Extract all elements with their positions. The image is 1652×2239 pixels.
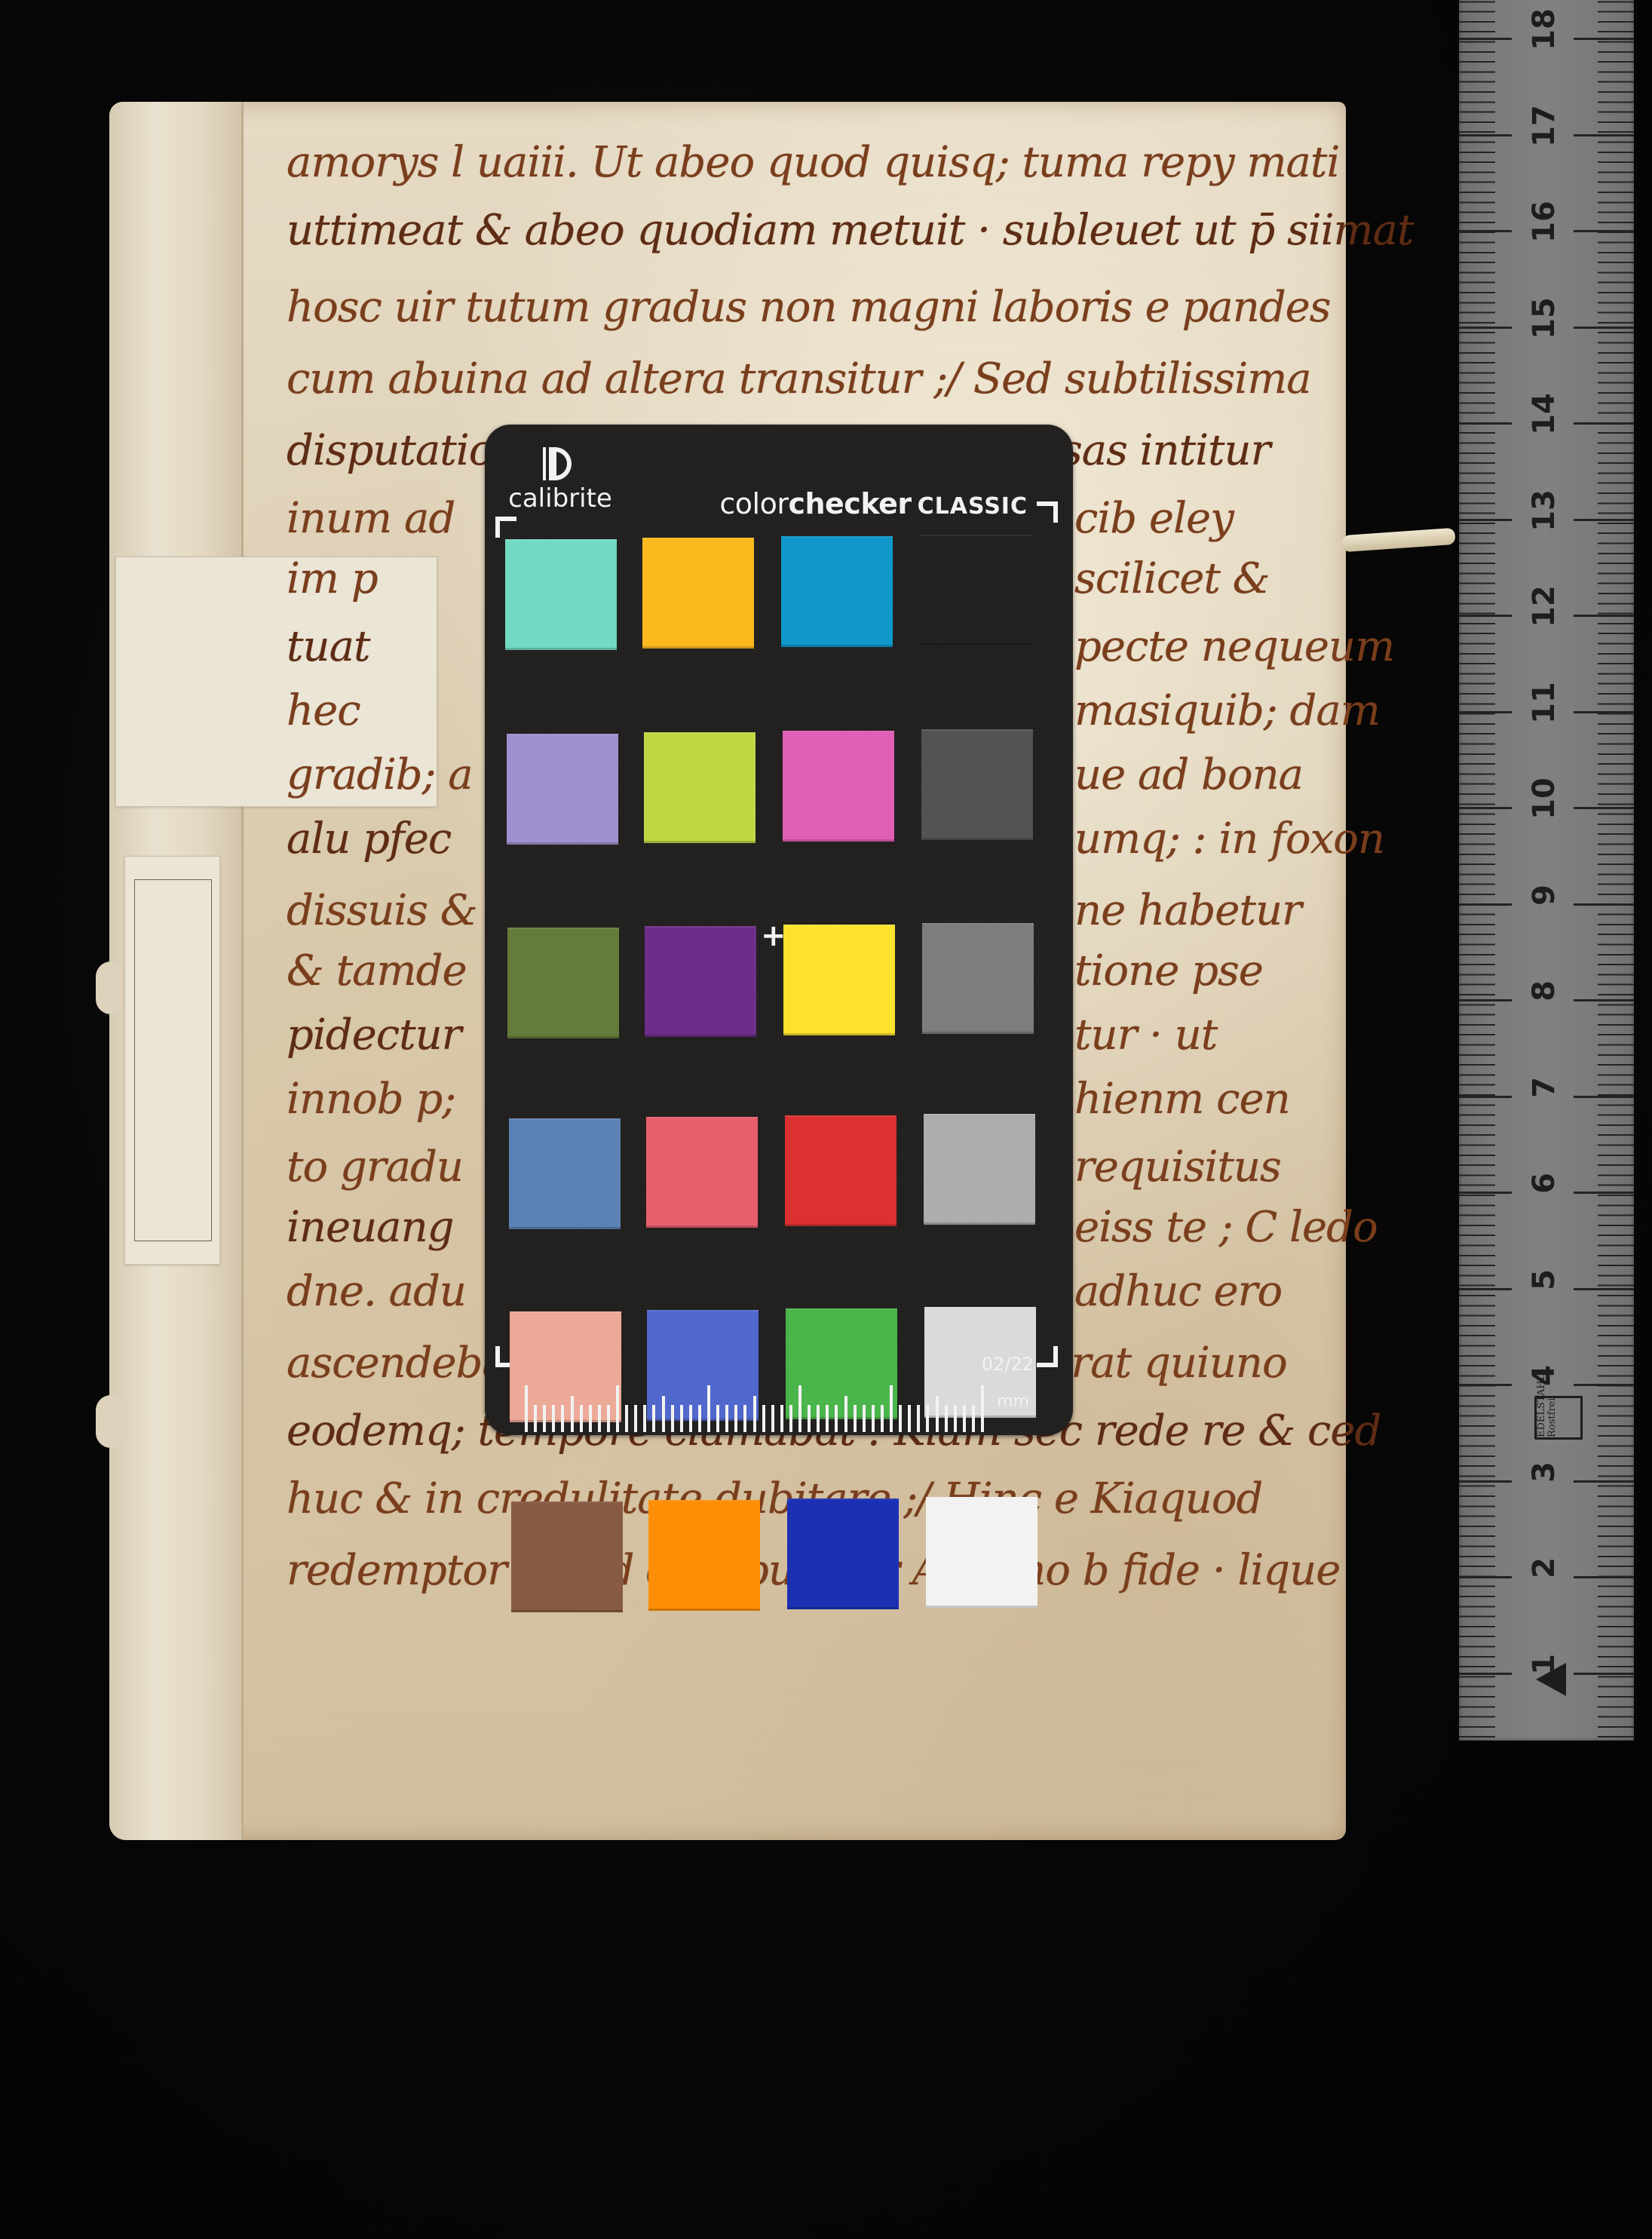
mm-tick	[671, 1405, 674, 1432]
ruler-label-3: 3	[1527, 1446, 1562, 1498]
ruler-cm-tick	[1574, 519, 1634, 521]
registration-corner-icon	[495, 517, 516, 538]
mm-tick	[917, 1405, 920, 1432]
mm-tick	[963, 1405, 966, 1432]
mm-tick	[981, 1385, 984, 1432]
mm-tick	[571, 1396, 574, 1432]
mm-tick	[689, 1405, 692, 1432]
manuscript-line: huc & in credulitate dubitare ;/ Hinc e …	[287, 1474, 1262, 1523]
ruler-cm-tick	[1574, 1384, 1634, 1386]
mm-tick	[534, 1405, 537, 1432]
color-checker-card: calibrite colorcheckerCLASSIC + 02/22 mm	[485, 425, 1073, 1435]
ruler-cm-tick	[1574, 1673, 1634, 1675]
ruler-label-15: 15	[1527, 292, 1562, 345]
mm-tick	[734, 1405, 737, 1432]
color-patch-foliage	[507, 928, 619, 1038]
manuscript-line-fragment: umq; : in foxon	[1074, 814, 1384, 863]
ruler-label-8: 8	[1527, 965, 1562, 1017]
calibrite-logo-icon	[549, 447, 572, 480]
crosshair-icon: +	[761, 921, 786, 951]
color-patch-dark-skin	[511, 1501, 623, 1612]
manuscript-line-fragment: tione pse	[1074, 946, 1263, 995]
color-patch-purplish-blue	[787, 1498, 899, 1609]
ruler-cm-tick	[1574, 38, 1634, 40]
manuscript-line: hosc uir tutum gradus non magni laboris …	[287, 283, 1331, 332]
ruler-label-5: 5	[1527, 1253, 1562, 1306]
mm-tick	[926, 1405, 929, 1432]
product-suffix: CLASSIC	[918, 493, 1028, 520]
ruler-cm-tick	[1459, 1288, 1512, 1290]
mm-tick	[580, 1405, 583, 1432]
manuscript-line: ineuang	[287, 1203, 453, 1252]
ruler-cm-tick	[1459, 903, 1512, 906]
label-border	[134, 879, 212, 1241]
color-patch-orange	[648, 1500, 760, 1611]
mm-tick	[780, 1405, 783, 1432]
color-patch-moderate-red	[646, 1117, 758, 1228]
mm-tick	[835, 1405, 838, 1432]
mbr-logo-icon	[1536, 1663, 1566, 1696]
ruler-label-12: 12	[1527, 580, 1562, 633]
ruler-cm-tick	[1459, 615, 1512, 617]
ruler-cm-tick	[1574, 327, 1634, 329]
mm-tick	[771, 1405, 774, 1432]
scale-unit-label: mm	[997, 1392, 1029, 1411]
color-patch-red	[785, 1115, 896, 1226]
ruler-label-7: 7	[1527, 1061, 1562, 1114]
manuscript-line-fragment: eiss te ; C ledo	[1074, 1203, 1378, 1252]
ruler-cm-tick	[1574, 134, 1634, 136]
mm-tick	[826, 1405, 829, 1432]
ruler-cm-tick	[1459, 807, 1512, 809]
color-patch-cyan	[781, 536, 893, 647]
ruler-cm-tick	[1459, 327, 1512, 329]
mm-tick	[652, 1405, 655, 1432]
color-patch-blue-flower	[507, 734, 618, 845]
spine-paper-label-lower	[124, 856, 220, 1265]
ruler-cm-tick	[1459, 711, 1512, 713]
mm-tick	[881, 1405, 884, 1432]
mm-tick	[680, 1405, 683, 1432]
mm-tick	[954, 1405, 957, 1432]
brand-name: calibrite	[508, 483, 612, 514]
ruler-cm-tick	[1574, 999, 1634, 1001]
registration-corner-icon	[1037, 1346, 1058, 1367]
ruler-cm-tick	[1459, 999, 1512, 1001]
manuscript-line-fragment: adhuc ero	[1074, 1267, 1282, 1316]
mm-tick	[662, 1396, 665, 1432]
mm-tick	[525, 1385, 528, 1432]
ruler-cm-tick	[1459, 519, 1512, 521]
mm-tick	[698, 1405, 701, 1432]
ruler-cm-tick	[1574, 1480, 1634, 1483]
mm-tick	[716, 1405, 719, 1432]
mm-tick	[872, 1405, 875, 1432]
ruler-cm-tick	[1574, 711, 1634, 713]
manuscript-line: dne. adu	[287, 1267, 466, 1316]
steel-ruler: 12345678910111213141516171819 EDELSTAHL …	[1459, 0, 1634, 1741]
product-name-light: color	[719, 487, 788, 520]
date-code: 02/22	[982, 1354, 1034, 1375]
mm-tick	[798, 1385, 801, 1432]
color-patch-magenta	[783, 731, 894, 842]
manuscript-line-fragment: masiquib; dam	[1074, 686, 1380, 735]
mm-tick	[543, 1405, 546, 1432]
ruler-label-11: 11	[1527, 676, 1562, 729]
ruler-label-9: 9	[1527, 869, 1562, 922]
manuscript-line-fragment: hienm cen	[1074, 1075, 1290, 1124]
manuscript-line: innob p;	[287, 1075, 455, 1124]
color-patch-neutral-3.5	[921, 729, 1033, 840]
spine-band	[96, 1395, 126, 1448]
manuscript-line: tuat	[287, 622, 369, 671]
mm-tick	[598, 1405, 601, 1432]
ruler-label-14: 14	[1527, 388, 1562, 440]
mm-tick	[817, 1405, 820, 1432]
ruler-label-10: 10	[1527, 772, 1562, 825]
ruler-label-18: 18	[1527, 3, 1562, 56]
manuscript-line: cum abuina ad altera transitur ;/ Sed su…	[287, 354, 1311, 403]
ruler-label-16: 16	[1527, 195, 1562, 248]
registration-corner-icon	[1037, 501, 1058, 523]
color-patch-neutral-5	[922, 923, 1034, 1034]
product-name-bold: checker	[788, 487, 911, 520]
mm-tick	[762, 1405, 765, 1432]
mm-tick	[808, 1405, 811, 1432]
mm-tick	[789, 1405, 792, 1432]
ruler-cm-tick	[1459, 1673, 1512, 1675]
mm-tick	[589, 1405, 592, 1432]
ruler-label-2: 2	[1527, 1541, 1562, 1594]
ruler-label-13: 13	[1527, 484, 1562, 537]
manuscript-line: gradib; a	[287, 750, 473, 799]
ruler-cm-tick	[1574, 615, 1634, 617]
manuscript-line-fragment: cib eley	[1074, 494, 1234, 543]
ruler-cm-tick	[1459, 1384, 1512, 1386]
manuscript-line: & tamde	[287, 946, 467, 995]
manuscript-line: im p	[287, 554, 378, 603]
color-patch-blue-sky	[509, 1118, 621, 1229]
ruler-cm-tick	[1459, 1576, 1512, 1578]
color-patch-black	[920, 535, 1031, 646]
manuscript-line-fragment: scilicet &	[1074, 554, 1270, 603]
ruler-label-17: 17	[1527, 100, 1562, 152]
mm-tick	[725, 1405, 728, 1432]
mm-tick	[936, 1396, 939, 1432]
ruler-label-6: 6	[1527, 1157, 1562, 1210]
color-patch-purple	[645, 926, 756, 1037]
mm-tick	[899, 1405, 902, 1432]
mm-tick	[890, 1385, 893, 1432]
mm-tick	[972, 1405, 975, 1432]
mm-tick	[634, 1405, 637, 1432]
ruler-cm-tick	[1459, 1096, 1512, 1098]
ruler-cm-tick	[1459, 422, 1512, 425]
color-patch-yellow-green	[644, 732, 756, 843]
mm-tick	[643, 1405, 646, 1432]
manuscript-line-fragment: requisitus	[1074, 1143, 1281, 1192]
manuscript-line: to gradu	[287, 1143, 463, 1192]
manuscript-line: dissuis &	[287, 886, 477, 935]
color-patch-green	[786, 1308, 897, 1419]
mm-tick	[863, 1405, 866, 1432]
mm-tick	[844, 1396, 847, 1432]
ruler-cm-tick	[1574, 807, 1634, 809]
ruler-cm-tick	[1574, 903, 1634, 906]
manuscript-line: hec	[287, 686, 360, 735]
mm-tick	[945, 1405, 948, 1432]
mm-tick	[552, 1405, 555, 1432]
mm-tick	[854, 1405, 857, 1432]
manuscript-line: amorys l uaiii. Ut abeo quod quisq; tuma…	[287, 138, 1339, 187]
ruler-cm-tick	[1574, 1288, 1634, 1290]
mm-tick	[561, 1405, 564, 1432]
manuscript-line-fragment: pecte nequeum	[1074, 622, 1394, 671]
manuscript-line-fragment: ue ad bona	[1074, 750, 1303, 799]
ruler-cm-tick	[1574, 1576, 1634, 1578]
color-patch-bluish-green	[505, 539, 617, 650]
mm-tick	[753, 1396, 756, 1432]
ruler-cm-tick	[1459, 1192, 1512, 1194]
ruler-cm-tick	[1574, 1192, 1634, 1194]
color-patch-orange-yellow	[642, 538, 754, 649]
manuscript-line: uttimeat & abeo quodiam metuit · subleue…	[287, 206, 1414, 255]
mm-tick	[625, 1405, 628, 1432]
color-patch-neutral-6.5	[924, 1114, 1035, 1225]
ruler-cm-tick	[1459, 230, 1512, 232]
manuscript-line: inum ad	[287, 494, 455, 543]
ruler-cm-tick	[1574, 1096, 1634, 1098]
manuscript-line-fragment: tur · ut	[1074, 1011, 1217, 1060]
ruler-cm-tick	[1574, 422, 1634, 425]
manuscript-line: pidectur	[287, 1011, 461, 1060]
manuscript-line: alu pfec	[287, 814, 451, 863]
mm-tick	[743, 1405, 746, 1432]
ruler-cm-tick	[1574, 230, 1634, 232]
product-name: colorcheckerCLASSIC	[719, 487, 1028, 520]
ruler-cm-tick	[1459, 38, 1512, 40]
calibrite-brand: calibrite	[485, 447, 636, 514]
ruler-cm-tick	[1459, 1480, 1512, 1483]
mm-tick	[707, 1385, 710, 1432]
mm-tick	[607, 1405, 610, 1432]
spine-band	[96, 962, 126, 1014]
mm-tick	[616, 1385, 619, 1432]
color-patch-white	[926, 1497, 1037, 1608]
ruler-cm-tick	[1459, 134, 1512, 136]
rostfrei-badge: EDELSTAHL Rostfrei	[1534, 1396, 1583, 1440]
manuscript-line-fragment: ne habetur	[1074, 886, 1301, 935]
mm-tick	[908, 1405, 911, 1432]
color-patch-yellow	[783, 925, 895, 1035]
